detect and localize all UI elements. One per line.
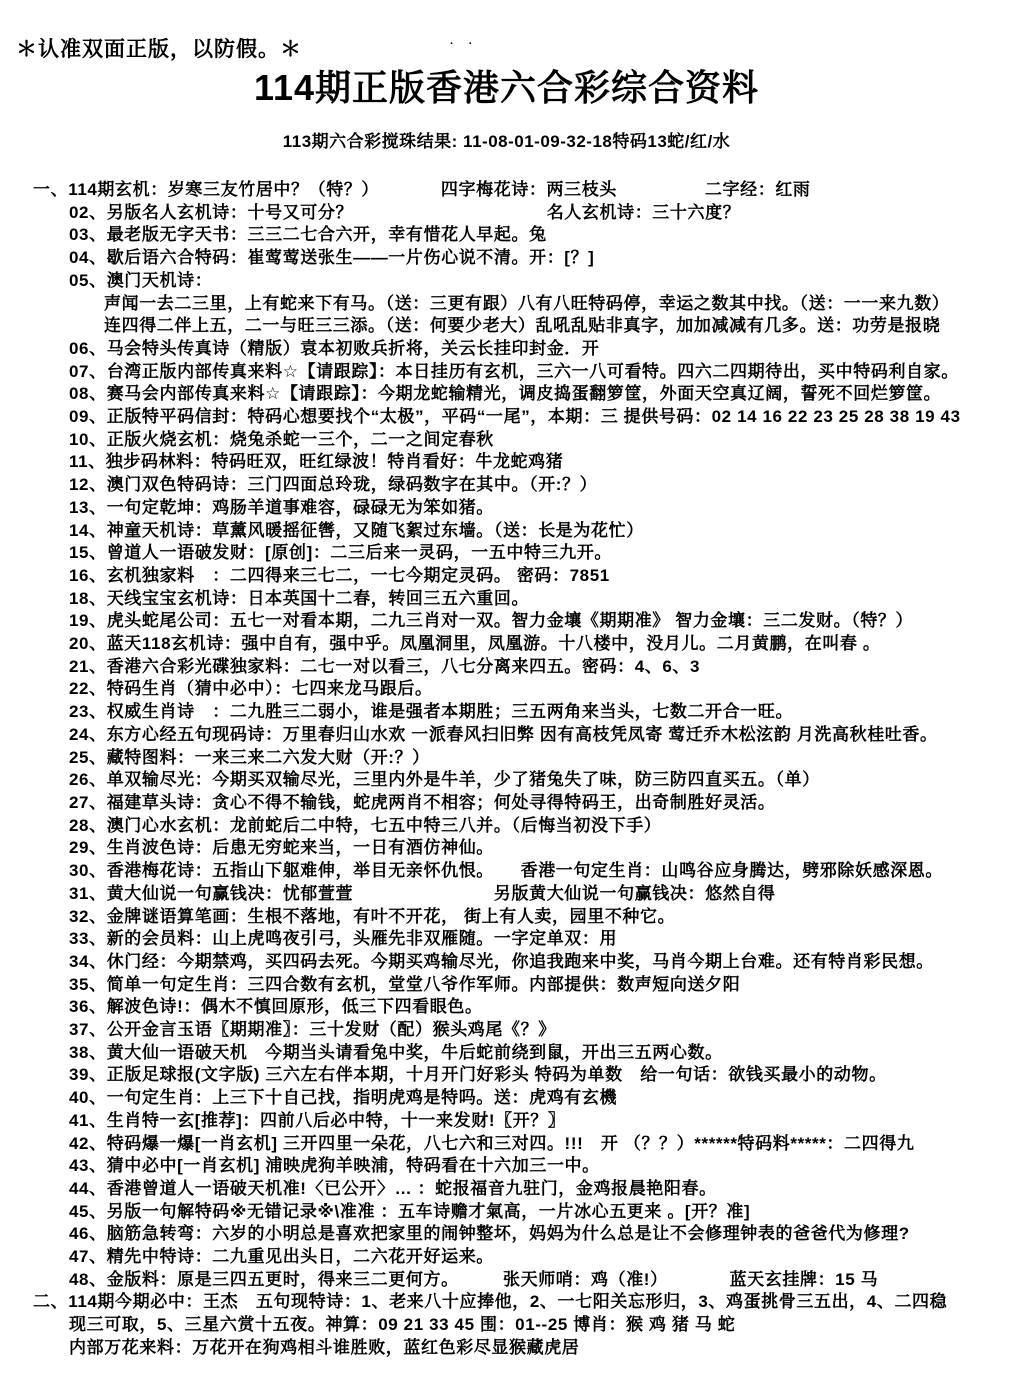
content-line: 35、简单一句定生肖：三四合数有玄机，堂堂八爷作军师。内部提供：数声短向送夕阳 <box>69 974 1013 997</box>
content-line: 11、独步码林料：特码旺双，旺红绿波！特肖看好：牛龙蛇鸡猪 <box>69 451 1013 474</box>
content-line: 34、休门经：今期禁鸡，买四码去死。今期买鸡输尽光，你追我跑来中奖，马肖今期上台… <box>69 951 1013 974</box>
content-line: 48、金版料：原是三四五更时，得来三二更何方。 张天师哨：鸡（准!） 蓝天玄挂牌… <box>69 1269 1013 1292</box>
content-line: 20、蓝天118玄机诗：强中自有，强中乎。凤凰洞里，凤凰游。十八楼中，没月儿。二… <box>69 633 1013 656</box>
content-line: 32、金牌谜语算笔画：生根不落地，有叶不开花， 街上有人卖，园里不种它。 <box>69 906 1013 929</box>
content-line: 10、正版火烧玄机：烧兔杀蛇一三个，二一之间定春秋 <box>69 429 1013 452</box>
content-line: 05、澳门天机诗： <box>69 270 1013 293</box>
content-line: 声闻一去二三里，上有蛇来下有马。（送：三更有跟）八有八旺特码停，幸运之数其中找。… <box>104 293 1013 316</box>
content-line: 30、香港梅花诗：五指山下躯难伸，举目无亲怀仇恨。 香港一句定生肖：山鸣谷应身腾… <box>69 860 1013 883</box>
content-line: 23、权威生肖诗 ：二九胜三二弱小，谁是强者本期胜；三五两角来当头，七数二开合一… <box>69 701 1013 724</box>
content-line: 连四得二伴上五，二一与旺三三添。（送：何要少老大）乱吼乱贴非真字，加加减减有几多… <box>104 315 1013 338</box>
content-line: 44、香港曾道人一语破天机准!〈已公开〉… ：蛇报福音九驻门，金鸡报晨艳阳春。 <box>69 1178 1013 1201</box>
content-line: 13、一句定乾坤：鸡肠羊道事难容，碌碌无为笨如猪。 <box>69 497 1013 520</box>
content-line: 14、神童天机诗：草薰风暖摇征辔，又随飞絮过东墙。（送：长是为花忙） <box>69 520 1013 543</box>
previous-draw-result: 113期六合彩搅珠结果: 11-08-01-09-32-18特码13蛇/红/水 <box>0 127 1013 152</box>
content-line: 47、精先中特诗：二九重见出头日，二六花开好运来。 <box>69 1246 1013 1269</box>
content-line: 25、藏特图料：一来三来二六发大财（开:？） <box>69 747 1013 770</box>
content-line: 45、另版一句解特码※无错记录※\准准 ：五车诗赡才氣高，一片冰心五更来 。[开… <box>69 1201 1013 1224</box>
content-line: 21、香港六合彩光碟独家料：二七一对以看三，八七分离来四五。密码：4、6、3 <box>69 656 1013 679</box>
content-line: 27、福建草头诗：贪心不得不输钱，蛇虎两肖不相容；何处寻得特码王，出奇制胜好灵活… <box>69 792 1013 815</box>
content-line: 内部万花来料：万花开在狗鸡相斗谁胜败，蓝红色彩尽显猴藏虎居 <box>69 1337 1013 1360</box>
content-line: 16、玄机独家料 ：二四得来三七二，一七今期定灵码。 密码：7851 <box>69 565 1013 588</box>
content-line: 二、114期今期必中：王杰 五句现特诗：1、老来八十应捧他，2、一七阳关忘形归，… <box>33 1291 1013 1314</box>
content-line: 18、天线宝宝玄机诗：日本英国十二春，转回三五六重回。 <box>69 588 1013 611</box>
content-line: 39、正版足球报(文字版) 三六左右伴本期，十月开门好彩头 特码为单数 给一句话… <box>69 1064 1013 1087</box>
content-line: 41、生肖特一玄[推荐]：四前八后必中特，十一来发财!〖开？〗 <box>69 1110 1013 1133</box>
content-line: 29、生肖波色诗：后患无穷蛇来当，一日有酒仿神仙。 <box>69 837 1013 860</box>
content-line: 04、歇后语六合特码：崔莺莺送张生——一片伤心说不清。开：[？] <box>69 247 1013 270</box>
content-line: 38、黄大仙一语破天机 今期当头请看兔中奖，牛后蛇前绕到鼠，开出三五两心数。 <box>69 1042 1013 1065</box>
content-line: 43、猜中必中[一肖玄机] 浦映虎狗羊映浦，特码看在十六加三一中。 <box>69 1155 1013 1178</box>
content-line: 09、正版特平码信封：特码心想要找个“太极”，平码“一尾”，本期：三 提供号码：… <box>69 406 1013 429</box>
content-line: 一、114期玄机：岁寒三友竹居中？（特？） 四字梅花诗：两三枝头 二字经：红雨 <box>33 179 1013 202</box>
content-line: 26、单双输尽光：今期买双输尽光，三里内外是牛羊，少了猪兔失了味，防三防四直买五… <box>69 769 1013 792</box>
content-line: 24、东方心经五句现码诗：万里春归山水欢 一派春风扫旧弊 因有高枝凭凤寄 莺迁乔… <box>69 724 1013 747</box>
page-title: 114期正版香港六合彩综合资料 <box>0 60 1013 111</box>
content-line: 46、脑筋急转弯：六岁的小明总是喜欢把家里的闹钟整坏，妈妈为什么总是让不会修理钟… <box>69 1223 1013 1246</box>
scan-dots: · · <box>450 38 478 50</box>
content-lines: 一、114期玄机：岁寒三友竹居中？（特？） 四字梅花诗：两三枝头 二字经：红雨0… <box>0 179 1013 1360</box>
content-line: 31、黄大仙说一句赢钱决：忧郁萱萱 另版黄大仙说一句赢钱决：悠然自得 <box>69 883 1013 906</box>
content-line: 22、特码生肖（猜中必中）：七四来龙马跟后。 <box>69 678 1013 701</box>
content-line: 08、赛马会内部传真来料☆【请跟踪】：今期龙蛇输精光，调皮捣蛋翻箩筐，外面天空真… <box>69 383 1013 406</box>
anti-fake-note: ＊认准双面正版，以防假。＊ <box>16 33 302 63</box>
content-line: 28、澳门心水玄机：龙前蛇后二中特，七五中特三八并。（后悔当初没下手） <box>69 815 1013 838</box>
content-line: 现三可取，5、三星六赏十五夜。神算：09 21 33 45 围：01--25 博… <box>69 1314 1013 1337</box>
content-line: 07、台湾正版内部传真来料☆【请跟踪】：本日挂历有玄机，三六一八可看特。四六二四… <box>69 361 1013 384</box>
document-page: ＊认准双面正版，以防假。＊ · · 114期正版香港六合彩综合资料 113期六合… <box>0 0 1013 1388</box>
content-line: 36、解波色诗!：偶木不慎回原形，低三下四看眼色。 <box>69 996 1013 1019</box>
content-line: 12、澳门双色特码诗：三门四面总玲珑，绿码数字在其中。（开:？） <box>69 474 1013 497</box>
content-line: 33、新的会员料：山上虎鸣夜引弓，头雁先非双雁随。一字定单双：用 <box>69 928 1013 951</box>
content-line: 06、马会特头传真诗（精版）袁本初败兵折将，关云长挂印封金．开 <box>69 338 1013 361</box>
content-line: 03、最老版无字天书：三三二七合六开，幸有惜花人早起。兔 <box>69 224 1013 247</box>
content-line: 40、一句定生肖：上三下十自己找，指明虎鸡是特吗。送：虎鸡有玄機 <box>69 1087 1013 1110</box>
content-line: 42、特码爆一爆[一肖玄机] 三开四里一朵花，八七六和三对四。!!! 开 （？？… <box>69 1133 1013 1156</box>
content-line: 37、公开金言玉语〖期期准〗：三十发财（配）猴头鸡尾《？》 <box>69 1019 1013 1042</box>
content-line: 15、曾道人一语破发财：[原创]：二三后来一灵码，一五中特三九开。 <box>69 542 1013 565</box>
content-line: 02、另版名人玄机诗：十号又可分？ 名人玄机诗：三十六度？ <box>69 202 1013 225</box>
content-line: 19、虎头蛇尾公司：五七一对看本期，二九三肖对一双。智力金壤《期期准》 智力金壤… <box>69 610 1013 633</box>
